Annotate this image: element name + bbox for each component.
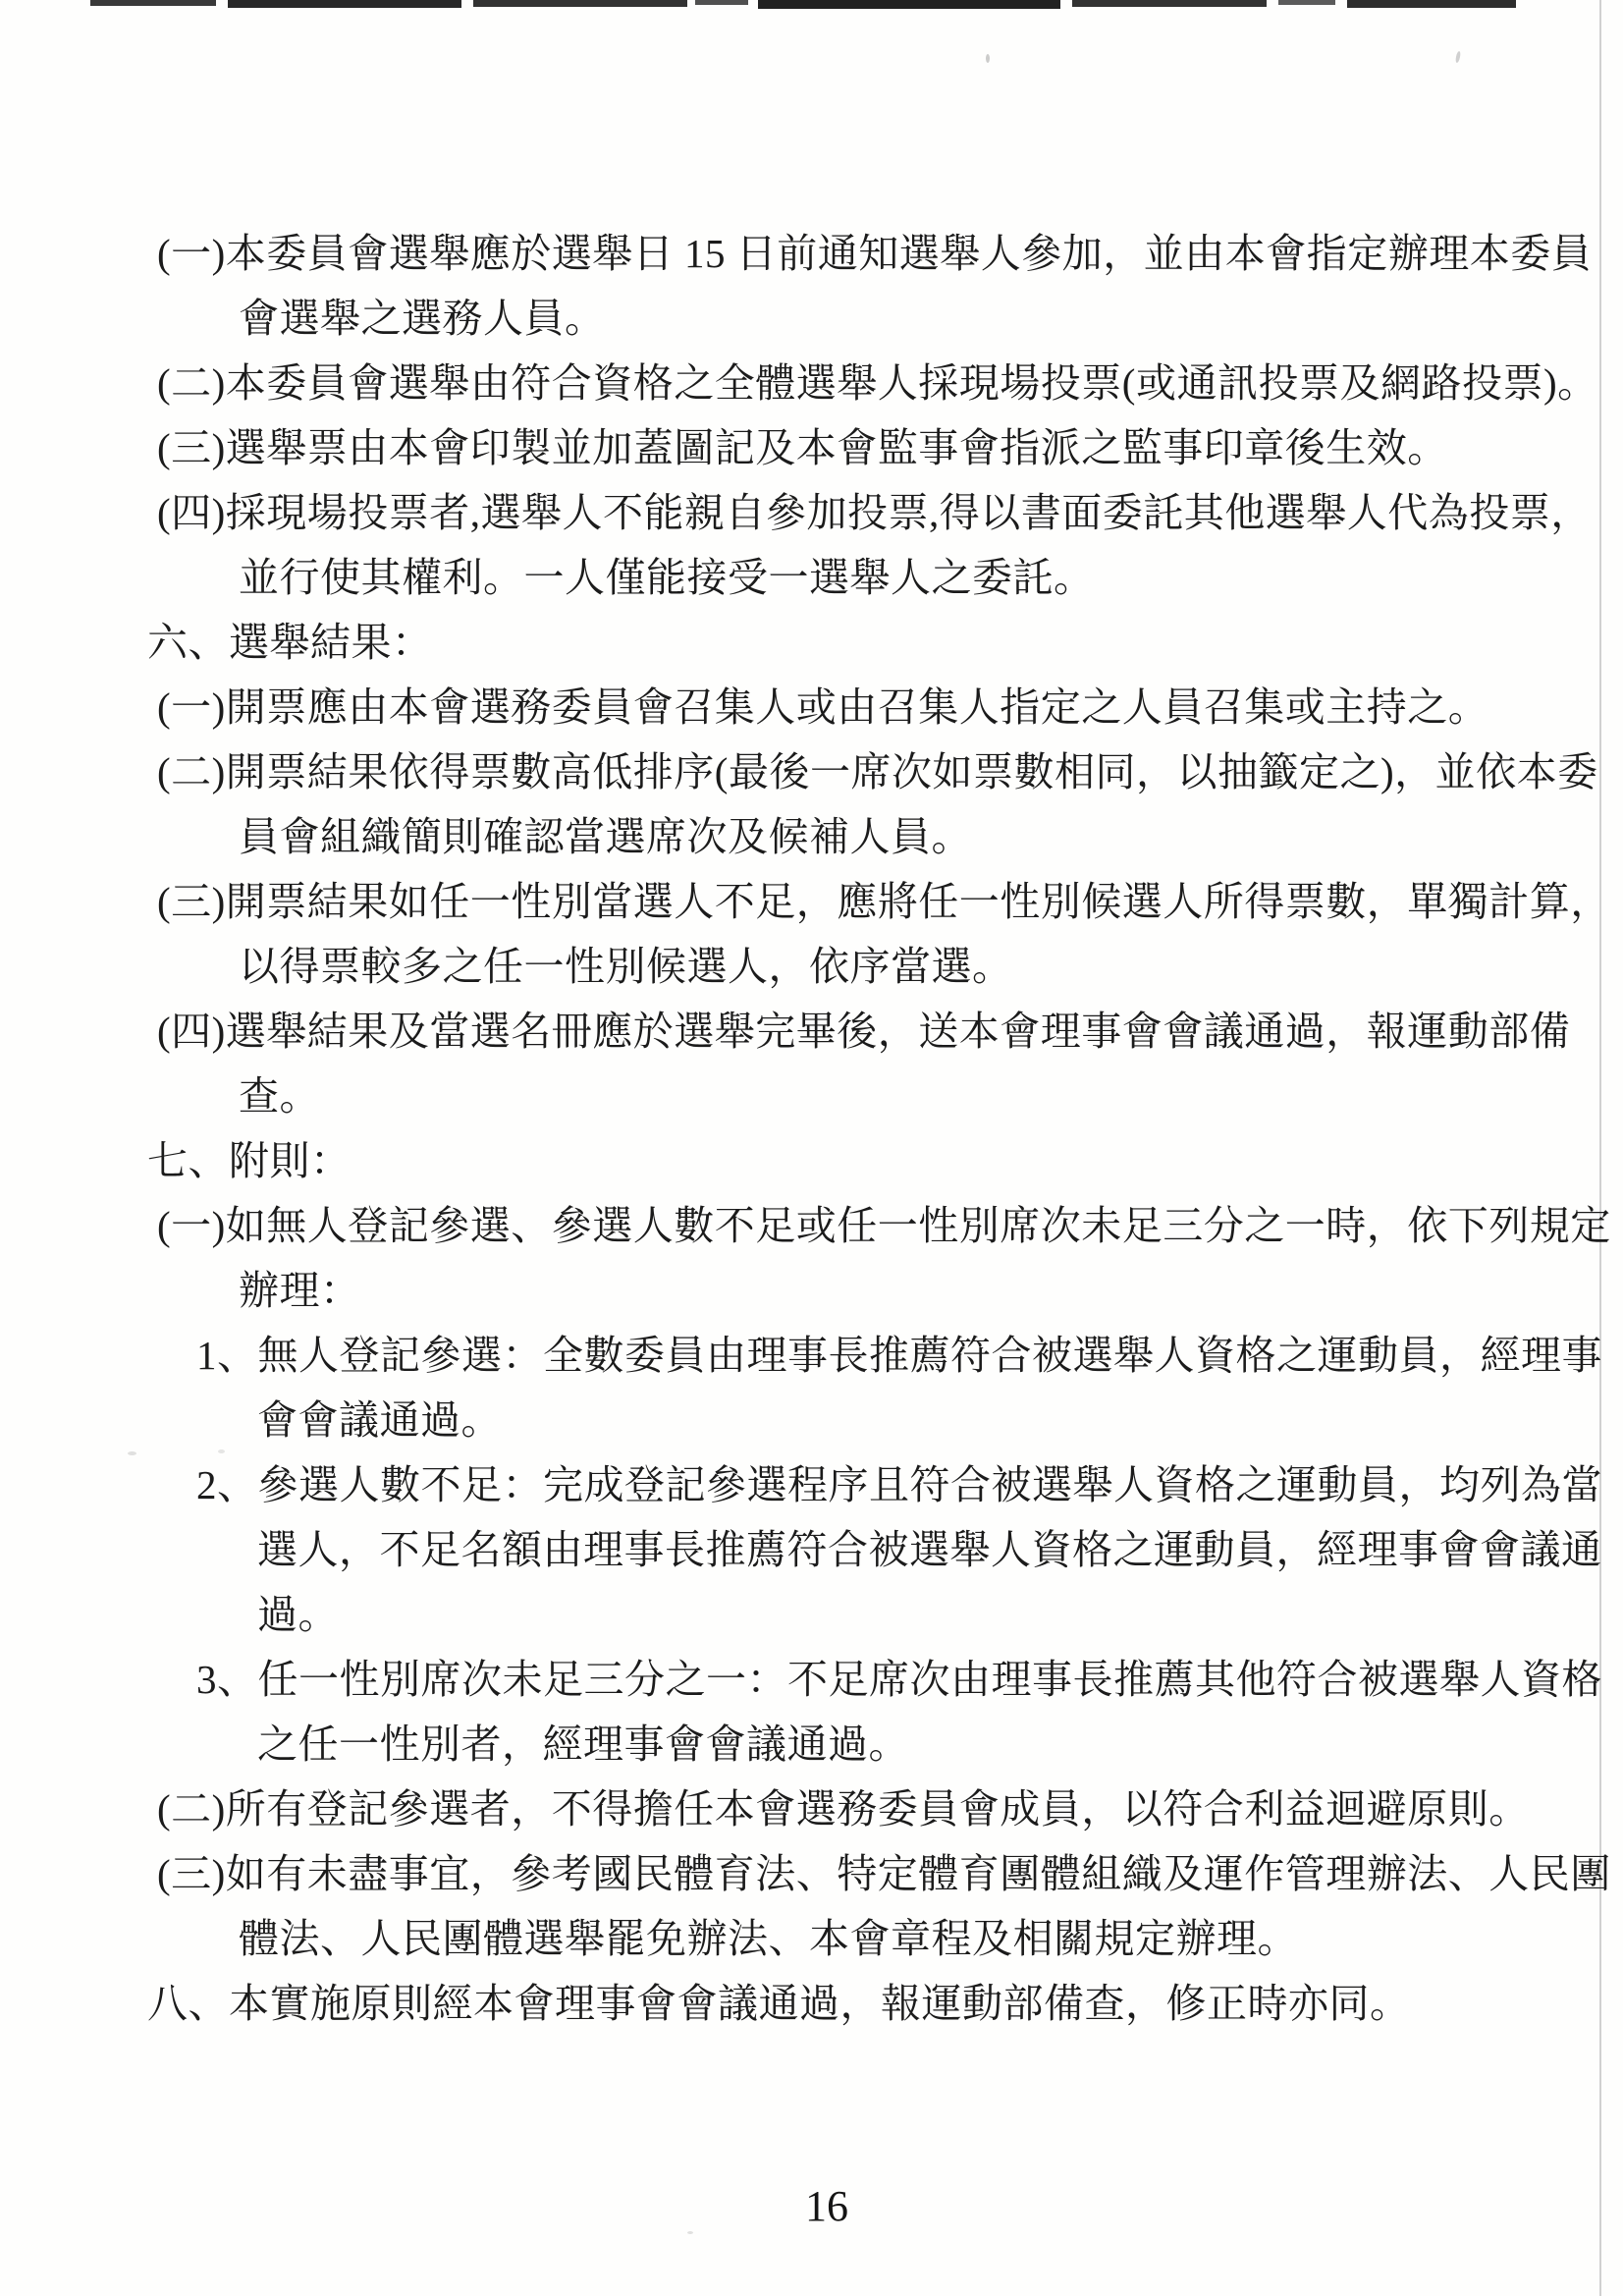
text-line: 辦理： [0, 1258, 1623, 1323]
text-line: 並行使其權利。一人僅能接受一選舉人之委託。 [0, 545, 1623, 610]
text-line: 體法、人民團體選舉罷免辦法、本會章程及相關規定辦理。 [0, 1906, 1623, 1971]
text-line: (三)如有未盡事宜，參考國民體育法、特定體育團體組織及運作管理辦法、人民團 [0, 1841, 1623, 1906]
text-line: 3、任一性別席次未足三分之一：不足席次由理事長推薦其他符合被選舉人資格 [0, 1647, 1623, 1712]
text-line: 會選舉之選務人員。 [0, 286, 1623, 351]
scan-artifact-top-band [473, 0, 687, 7]
scan-speckle [986, 54, 990, 63]
text-line: 2、參選人數不足：完成登記參選程序且符合被選舉人資格之運動員，均列為當 [0, 1452, 1623, 1517]
document-body: (一)本委員會選舉應於選舉日 15 日前通知選舉人參加，並由本會指定辦理本委員會… [0, 221, 1623, 2036]
text-line: 查。 [0, 1064, 1623, 1128]
text-line: (四)採現場投票者,選舉人不能親自參加投票,得以書面委託其他選舉人代為投票， [0, 480, 1623, 545]
text-line: (三)選舉票由本會印製並加蓋圖記及本會監事會指派之監事印章後生效。 [0, 415, 1623, 480]
text-line: 過。 [0, 1582, 1623, 1647]
scan-artifact-top-band [1278, 0, 1335, 5]
text-line: 選人，不足名額由理事長推薦符合被選舉人資格之運動員，經理事會會議通 [0, 1517, 1623, 1582]
text-line: 六、選舉結果： [0, 610, 1623, 675]
text-line: (二)本委員會選舉由符合資格之全體選舉人採現場投票(或通訊投票及網路投票)。 [0, 351, 1623, 415]
text-line: (一)開票應由本會選務委員會召集人或由召集人指定之人員召集或主持之。 [0, 675, 1623, 739]
text-line: (二)開票結果依得票數高低排序(最後一席次如票數相同，以抽籤定之)，並依本委 [0, 739, 1623, 804]
page-number: 16 [805, 2182, 848, 2231]
text-line: 以得票較多之任一性別候選人，依序當選。 [0, 934, 1623, 999]
scan-speckle [687, 2231, 693, 2234]
scan-speckle [1455, 51, 1461, 64]
text-line: 之任一性別者，經理事會會議通過。 [0, 1712, 1623, 1777]
scan-artifact-top-band [1347, 0, 1516, 8]
scan-artifact-top-band [695, 0, 748, 5]
scan-artifact-top-band [90, 0, 216, 6]
text-line: 員會組織簡則確認當選席次及候補人員。 [0, 804, 1623, 869]
text-line: (一)如無人登記參選、參選人數不足或任一性別席次未足三分之一時，依下列規定 [0, 1193, 1623, 1258]
text-line: (二)所有登記參選者，不得擔任本會選務委員會成員，以符合利益迴避原則。 [0, 1777, 1623, 1841]
text-line: 會會議通過。 [0, 1388, 1623, 1452]
text-line: 七、附則： [0, 1128, 1623, 1193]
text-line: (四)選舉結果及當選名冊應於選舉完畢後，送本會理事會會議通過，報運動部備 [0, 999, 1623, 1064]
scan-artifact-top-band [758, 0, 1060, 9]
text-line: 八、本實施原則經本會理事會會議通過，報運動部備查，修正時亦同。 [0, 1971, 1623, 2036]
scan-artifact-top-band [228, 0, 461, 8]
text-line: (三)開票結果如任一性別當選人不足，應將任一性別候選人所得票數，單獨計算， [0, 869, 1623, 934]
text-line: 1、無人登記參選：全數委員由理事長推薦符合被選舉人資格之運動員，經理事 [0, 1323, 1623, 1388]
text-line: (一)本委員會選舉應於選舉日 15 日前通知選舉人參加，並由本會指定辦理本委員 [0, 221, 1623, 286]
scanned-document-page: (一)本委員會選舉應於選舉日 15 日前通知選舉人參加，並由本會指定辦理本委員會… [0, 0, 1623, 2296]
scan-artifact-top-band [1072, 0, 1267, 7]
